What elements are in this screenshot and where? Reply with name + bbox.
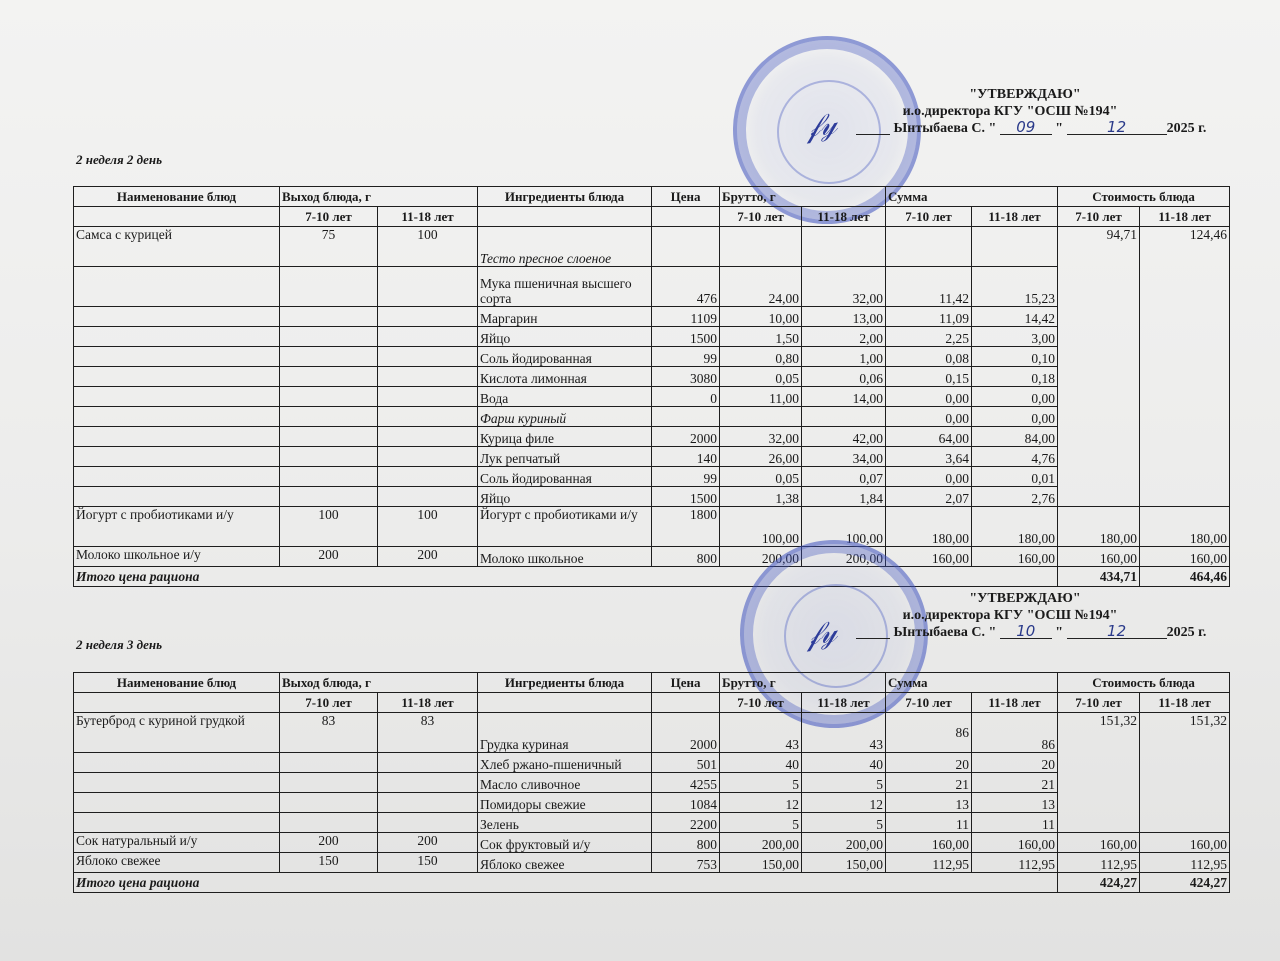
sum-11-18 [972, 227, 1058, 267]
sum-11-18: 11 [972, 813, 1058, 833]
table-row: Йогурт с пробиотиками и/у100100Йогурт с … [74, 507, 1230, 547]
table-row: Хлеб ржано-пшеничный50140402020 [74, 753, 1230, 773]
ingredient-name: Вода [478, 387, 652, 407]
sum-7-10: 0,08 [886, 347, 972, 367]
yield-7-10 [280, 793, 378, 813]
subheader-cost-11-18: 11-18 лет [1140, 693, 1230, 713]
dish-name [74, 327, 280, 347]
yield-7-10: 100 [280, 507, 378, 547]
sum-7-10: 13 [886, 793, 972, 813]
gross-7-10: 10,00 [720, 307, 802, 327]
yield-11-18: 150 [378, 853, 478, 873]
dish-name: Сок натуральный и/у [74, 833, 280, 853]
yield-7-10 [280, 773, 378, 793]
ingredient-name: Яйцо [478, 487, 652, 507]
yield-7-10: 200 [280, 547, 378, 567]
dish-name [74, 753, 280, 773]
yield-11-18 [378, 793, 478, 813]
ingredient-price [652, 227, 720, 267]
gross-7-10: 12 [720, 793, 802, 813]
sum-11-18: 160,00 [972, 547, 1058, 567]
sum-11-18: 20 [972, 753, 1058, 773]
ingredient-price: 1084 [652, 793, 720, 813]
yield-7-10 [280, 753, 378, 773]
yield-11-18 [378, 387, 478, 407]
gross-11-18 [802, 407, 886, 427]
gross-11-18: 12 [802, 793, 886, 813]
dish-cost-7-10: 160,00 [1058, 547, 1140, 567]
ingredient-name: Зелень [478, 813, 652, 833]
table-row: Самса с курицей75100Тесто пресное слоено… [74, 227, 1230, 267]
day-title: 2 неделя 2 день [76, 152, 162, 168]
approval-month: 12 [1067, 624, 1167, 639]
ingredient-name: Лук репчатый [478, 447, 652, 467]
total-cost-7-10: 434,71 [1058, 567, 1140, 587]
dish-cost-7-10: 112,95 [1058, 853, 1140, 873]
dish-cost-7-10: 94,71 [1058, 227, 1140, 507]
gross-11-18 [802, 227, 886, 267]
dish-name [74, 367, 280, 387]
gross-7-10: 40 [720, 753, 802, 773]
ingredient-price: 0 [652, 387, 720, 407]
director-name: Ынтыбаева С. [894, 121, 986, 136]
yield-7-10 [280, 813, 378, 833]
dish-cost-11-18: 112,95 [1140, 853, 1230, 873]
gross-11-18: 2,00 [802, 327, 886, 347]
gross-11-18: 0,07 [802, 467, 886, 487]
ingredient-name: Масло сливочное [478, 773, 652, 793]
table-row: Лук репчатый14026,0034,003,644,76 [74, 447, 1230, 467]
sum-7-10: 0,00 [886, 467, 972, 487]
gross-7-10: 200,00 [720, 547, 802, 567]
sum-7-10: 11,09 [886, 307, 972, 327]
sum-11-18: 4,76 [972, 447, 1058, 467]
gross-7-10: 0,05 [720, 367, 802, 387]
sum-7-10: 112,95 [886, 853, 972, 873]
gross-7-10: 24,00 [720, 267, 802, 307]
yield-11-18 [378, 307, 478, 327]
subheader-sum-11-18: 11-18 лет [972, 693, 1058, 713]
header-ingredients: Ингредиенты блюда [478, 187, 652, 207]
gross-11-18: 42,00 [802, 427, 886, 447]
gross-11-18: 100,00 [802, 507, 886, 547]
yield-7-10 [280, 447, 378, 467]
sum-7-10: 0,00 [886, 387, 972, 407]
sum-11-18: 180,00 [972, 507, 1058, 547]
dish-name [74, 267, 280, 307]
table-row: Соль йодированная990,050,070,000,01 [74, 467, 1230, 487]
ingredient-price: 2000 [652, 427, 720, 447]
sum-7-10: 21 [886, 773, 972, 793]
yield-7-10 [280, 267, 378, 307]
table-row: Кислота лимонная30800,050,060,150,18 [74, 367, 1230, 387]
approval-title: "УТВЕРЖДАЮ" [760, 590, 1230, 607]
header-price: Цена [652, 673, 720, 693]
gross-7-10: 100,00 [720, 507, 802, 547]
approval-position: и.о.директора КГУ "ОСШ №194" [760, 103, 1230, 120]
approval-year: 2025 г. [1167, 121, 1207, 136]
dish-name [74, 447, 280, 467]
sum-11-18: 2,76 [972, 487, 1058, 507]
total-label: Итого цена рациона [74, 567, 1058, 587]
sum-7-10: 2,25 [886, 327, 972, 347]
gross-7-10: 0,80 [720, 347, 802, 367]
approval-day: 10 [1000, 624, 1052, 639]
dish-name [74, 307, 280, 327]
dish-name [74, 487, 280, 507]
yield-11-18 [378, 347, 478, 367]
gross-11-18: 0,06 [802, 367, 886, 387]
yield-7-10 [280, 327, 378, 347]
ingredient-name: Кислота лимонная [478, 367, 652, 387]
subheader-cost-7-10: 7-10 лет [1058, 693, 1140, 713]
yield-7-10 [280, 347, 378, 367]
table-row: Курица филе200032,0042,0064,0084,00 [74, 427, 1230, 447]
dish-name [74, 813, 280, 833]
header-gross: Брутто, г [720, 673, 886, 693]
ingredient-name: Маргарин [478, 307, 652, 327]
yield-11-18 [378, 267, 478, 307]
dish-cost-11-18: 124,46 [1140, 227, 1230, 507]
ingredient-name: Молоко школьное [478, 547, 652, 567]
header-cost: Стоимость блюда [1058, 673, 1230, 693]
sum-11-18: 15,23 [972, 267, 1058, 307]
gross-7-10: 1,50 [720, 327, 802, 347]
subheader-cost-11-18: 11-18 лет [1140, 207, 1230, 227]
day-title: 2 неделя 3 день [76, 637, 162, 653]
dish-name [74, 387, 280, 407]
approval-block-day2: "УТВЕРЖДАЮ" и.о.директора КГУ "ОСШ №194"… [760, 590, 1230, 641]
table-row: Сок натуральный и/у200200Сок фруктовый и… [74, 833, 1230, 853]
dish-cost-7-10: 160,00 [1058, 833, 1140, 853]
sum-7-10: 0,15 [886, 367, 972, 387]
sum-7-10: 11 [886, 813, 972, 833]
approval-year: 2025 г. [1167, 625, 1207, 640]
approval-title: "УТВЕРЖДАЮ" [760, 86, 1230, 103]
gross-11-18: 43 [802, 713, 886, 753]
table-row: Яблоко свежее150150Яблоко свежее753150,0… [74, 853, 1230, 873]
sum-11-18: 14,42 [972, 307, 1058, 327]
gross-11-18: 5 [802, 773, 886, 793]
yield-7-10 [280, 367, 378, 387]
table-row: Помидоры свежие108412121313 [74, 793, 1230, 813]
sum-11-18: 0,18 [972, 367, 1058, 387]
sum-7-10: 160,00 [886, 547, 972, 567]
gross-11-18: 34,00 [802, 447, 886, 467]
subheader-sum-7-10: 7-10 лет [886, 693, 972, 713]
header-ingredients: Ингредиенты блюда [478, 673, 652, 693]
sum-7-10: 11,42 [886, 267, 972, 307]
yield-7-10: 200 [280, 833, 378, 853]
subheader-yield-7-10: 7-10 лет [280, 693, 378, 713]
table-row: Яйцо15001,381,842,072,76 [74, 487, 1230, 507]
dish-name [74, 773, 280, 793]
yield-11-18 [378, 773, 478, 793]
gross-7-10: 32,00 [720, 427, 802, 447]
gross-11-18: 200,00 [802, 547, 886, 567]
ingredient-name: Яблоко свежее [478, 853, 652, 873]
yield-7-10 [280, 307, 378, 327]
ingredient-price: 99 [652, 347, 720, 367]
ingredient-name: Соль йодированная [478, 347, 652, 367]
header-dish-name: Наименование блюд [74, 187, 280, 207]
gross-11-18: 1,00 [802, 347, 886, 367]
subheader-sum-11-18: 11-18 лет [972, 207, 1058, 227]
ingredient-name: Грудка куриная [478, 713, 652, 753]
approval-signature-line: Ынтыбаева С. " 09 " 122025 г. [760, 120, 1230, 137]
sum-11-18: 84,00 [972, 427, 1058, 447]
gross-7-10: 5 [720, 773, 802, 793]
ingredient-price [652, 407, 720, 427]
subheader-yield-7-10: 7-10 лет [280, 207, 378, 227]
gross-7-10: 5 [720, 813, 802, 833]
total-cost-11-18: 464,46 [1140, 567, 1230, 587]
table-row: Вода011,0014,000,000,00 [74, 387, 1230, 407]
yield-11-18: 100 [378, 227, 478, 267]
yield-11-18 [378, 447, 478, 467]
dish-cost-11-18: 180,00 [1140, 507, 1230, 547]
yield-7-10: 83 [280, 713, 378, 753]
gross-7-10: 150,00 [720, 853, 802, 873]
total-label: Итого цена рациона [74, 873, 1058, 893]
header-dish-name: Наименование блюд [74, 673, 280, 693]
approval-signature-line: Ынтыбаева С. " 10 " 122025 г. [760, 624, 1230, 641]
sum-11-18: 0,00 [972, 387, 1058, 407]
ingredient-price: 476 [652, 267, 720, 307]
gross-7-10 [720, 407, 802, 427]
ingredient-price: 3080 [652, 367, 720, 387]
sum-7-10: 0,00 [886, 407, 972, 427]
sum-7-10: 86 [886, 713, 972, 753]
ingredient-price: 501 [652, 753, 720, 773]
subheader-gross-7-10: 7-10 лет [720, 207, 802, 227]
ingredient-name: Тесто пресное слоеное [478, 227, 652, 267]
dish-name: Самса с курицей [74, 227, 280, 267]
gross-7-10: 0,05 [720, 467, 802, 487]
subheader-yield-11-18: 11-18 лет [378, 693, 478, 713]
yield-11-18 [378, 367, 478, 387]
sum-11-18: 0,00 [972, 407, 1058, 427]
menu-table-day1: Наименование блюд Выход блюда, г Ингреди… [73, 186, 1230, 587]
dish-cost-11-18: 151,32 [1140, 713, 1230, 833]
gross-11-18: 200,00 [802, 833, 886, 853]
sum-7-10: 64,00 [886, 427, 972, 447]
ingredient-price: 99 [652, 467, 720, 487]
dish-name [74, 793, 280, 813]
menu-table-day2: Наименование блюд Выход блюда, г Ингреди… [73, 672, 1230, 893]
approval-position: и.о.директора КГУ "ОСШ №194" [760, 607, 1230, 624]
yield-11-18: 83 [378, 713, 478, 753]
yield-11-18 [378, 813, 478, 833]
sum-11-18: 0,01 [972, 467, 1058, 487]
ingredient-price: 753 [652, 853, 720, 873]
sum-11-18: 13 [972, 793, 1058, 813]
yield-11-18: 200 [378, 833, 478, 853]
dish-cost-7-10: 180,00 [1058, 507, 1140, 547]
subheader-gross-11-18: 11-18 лет [802, 693, 886, 713]
table-row: Масло сливочное4255552121 [74, 773, 1230, 793]
sum-7-10: 3,64 [886, 447, 972, 467]
ingredient-price: 140 [652, 447, 720, 467]
table-row: Зелень2200551111 [74, 813, 1230, 833]
yield-7-10: 75 [280, 227, 378, 267]
yield-7-10: 150 [280, 853, 378, 873]
approval-month: 12 [1067, 120, 1167, 135]
dish-name: Бутерброд с куриной грудкой [74, 713, 280, 753]
total-cost-7-10: 424,27 [1058, 873, 1140, 893]
gross-7-10: 200,00 [720, 833, 802, 853]
dish-cost-11-18: 160,00 [1140, 547, 1230, 567]
yield-11-18 [378, 327, 478, 347]
ingredient-price: 2200 [652, 813, 720, 833]
dish-name [74, 427, 280, 447]
gross-11-18: 150,00 [802, 853, 886, 873]
yield-7-10 [280, 487, 378, 507]
sum-7-10: 2,07 [886, 487, 972, 507]
gross-11-18: 1,84 [802, 487, 886, 507]
header-sum: Сумма [886, 673, 1058, 693]
table-row: Маргарин110910,0013,0011,0914,42 [74, 307, 1230, 327]
table-row: Бутерброд с куриной грудкой8383Грудка ку… [74, 713, 1230, 753]
dish-cost-11-18: 160,00 [1140, 833, 1230, 853]
table-row: Яйцо15001,502,002,253,00 [74, 327, 1230, 347]
header-price: Цена [652, 187, 720, 207]
yield-11-18 [378, 427, 478, 447]
dish-name [74, 407, 280, 427]
yield-7-10 [280, 407, 378, 427]
yield-7-10 [280, 427, 378, 447]
dish-name: Яблоко свежее [74, 853, 280, 873]
gross-7-10: 43 [720, 713, 802, 753]
table-row: Соль йодированная990,801,000,080,10 [74, 347, 1230, 367]
ingredient-name: Мука пшеничная высшего сорта [478, 267, 652, 307]
sum-11-18: 112,95 [972, 853, 1058, 873]
gross-7-10: 1,38 [720, 487, 802, 507]
header-gross: Брутто, г [720, 187, 886, 207]
subheader-gross-11-18: 11-18 лет [802, 207, 886, 227]
table-row: Мука пшеничная высшего сорта47624,0032,0… [74, 267, 1230, 307]
ingredient-price: 800 [652, 547, 720, 567]
dish-name [74, 467, 280, 487]
ingredient-name: Сок фруктовый и/у [478, 833, 652, 853]
yield-7-10 [280, 387, 378, 407]
gross-7-10: 11,00 [720, 387, 802, 407]
sum-11-18: 21 [972, 773, 1058, 793]
header-yield: Выход блюда, г [280, 673, 478, 693]
gross-11-18: 40 [802, 753, 886, 773]
yield-11-18 [378, 407, 478, 427]
dish-name: Молоко школьное и/у [74, 547, 280, 567]
subheader-yield-11-18: 11-18 лет [378, 207, 478, 227]
dish-name: Йогурт с пробиотиками и/у [74, 507, 280, 547]
sum-7-10 [886, 227, 972, 267]
subheader-cost-7-10: 7-10 лет [1058, 207, 1140, 227]
subheader-sum-7-10: 7-10 лет [886, 207, 972, 227]
sum-11-18: 0,10 [972, 347, 1058, 367]
sum-7-10: 180,00 [886, 507, 972, 547]
header-sum: Сумма [886, 187, 1058, 207]
ingredient-price: 1109 [652, 307, 720, 327]
ingredient-name: Йогурт с пробиотиками и/у [478, 507, 652, 547]
table-row: Фарш куриный0,000,00 [74, 407, 1230, 427]
ingredient-price: 1500 [652, 327, 720, 347]
ingredient-name: Яйцо [478, 327, 652, 347]
ingredient-price: 800 [652, 833, 720, 853]
sum-7-10: 20 [886, 753, 972, 773]
ingredient-price: 4255 [652, 773, 720, 793]
dish-name [74, 347, 280, 367]
gross-7-10 [720, 227, 802, 267]
dish-cost-7-10: 151,32 [1058, 713, 1140, 833]
yield-11-18: 200 [378, 547, 478, 567]
ingredient-name: Помидоры свежие [478, 793, 652, 813]
approval-day: 09 [1000, 120, 1052, 135]
table-row: Молоко школьное и/у200200Молоко школьное… [74, 547, 1230, 567]
ingredient-price: 1500 [652, 487, 720, 507]
yield-11-18 [378, 487, 478, 507]
gross-11-18: 14,00 [802, 387, 886, 407]
total-cost-11-18: 424,27 [1140, 873, 1230, 893]
header-yield: Выход блюда, г [280, 187, 478, 207]
yield-7-10 [280, 467, 378, 487]
ingredient-price: 1800 [652, 507, 720, 547]
ingredient-name: Фарш куриный [478, 407, 652, 427]
approval-block-day1: "УТВЕРЖДАЮ" и.о.директора КГУ "ОСШ №194"… [760, 86, 1230, 137]
ingredient-price: 2000 [652, 713, 720, 753]
header-cost: Стоимость блюда [1058, 187, 1230, 207]
sum-11-18: 3,00 [972, 327, 1058, 347]
gross-11-18: 32,00 [802, 267, 886, 307]
ingredient-name: Курица филе [478, 427, 652, 447]
ingredient-name: Хлеб ржано-пшеничный [478, 753, 652, 773]
gross-7-10: 26,00 [720, 447, 802, 467]
subheader-gross-7-10: 7-10 лет [720, 693, 802, 713]
yield-11-18 [378, 753, 478, 773]
director-name: Ынтыбаева С. [894, 625, 986, 640]
gross-11-18: 5 [802, 813, 886, 833]
yield-11-18: 100 [378, 507, 478, 547]
sum-11-18: 160,00 [972, 833, 1058, 853]
sum-11-18: 86 [972, 713, 1058, 753]
gross-11-18: 13,00 [802, 307, 886, 327]
ingredient-name: Соль йодированная [478, 467, 652, 487]
yield-11-18 [378, 467, 478, 487]
sum-7-10: 160,00 [886, 833, 972, 853]
